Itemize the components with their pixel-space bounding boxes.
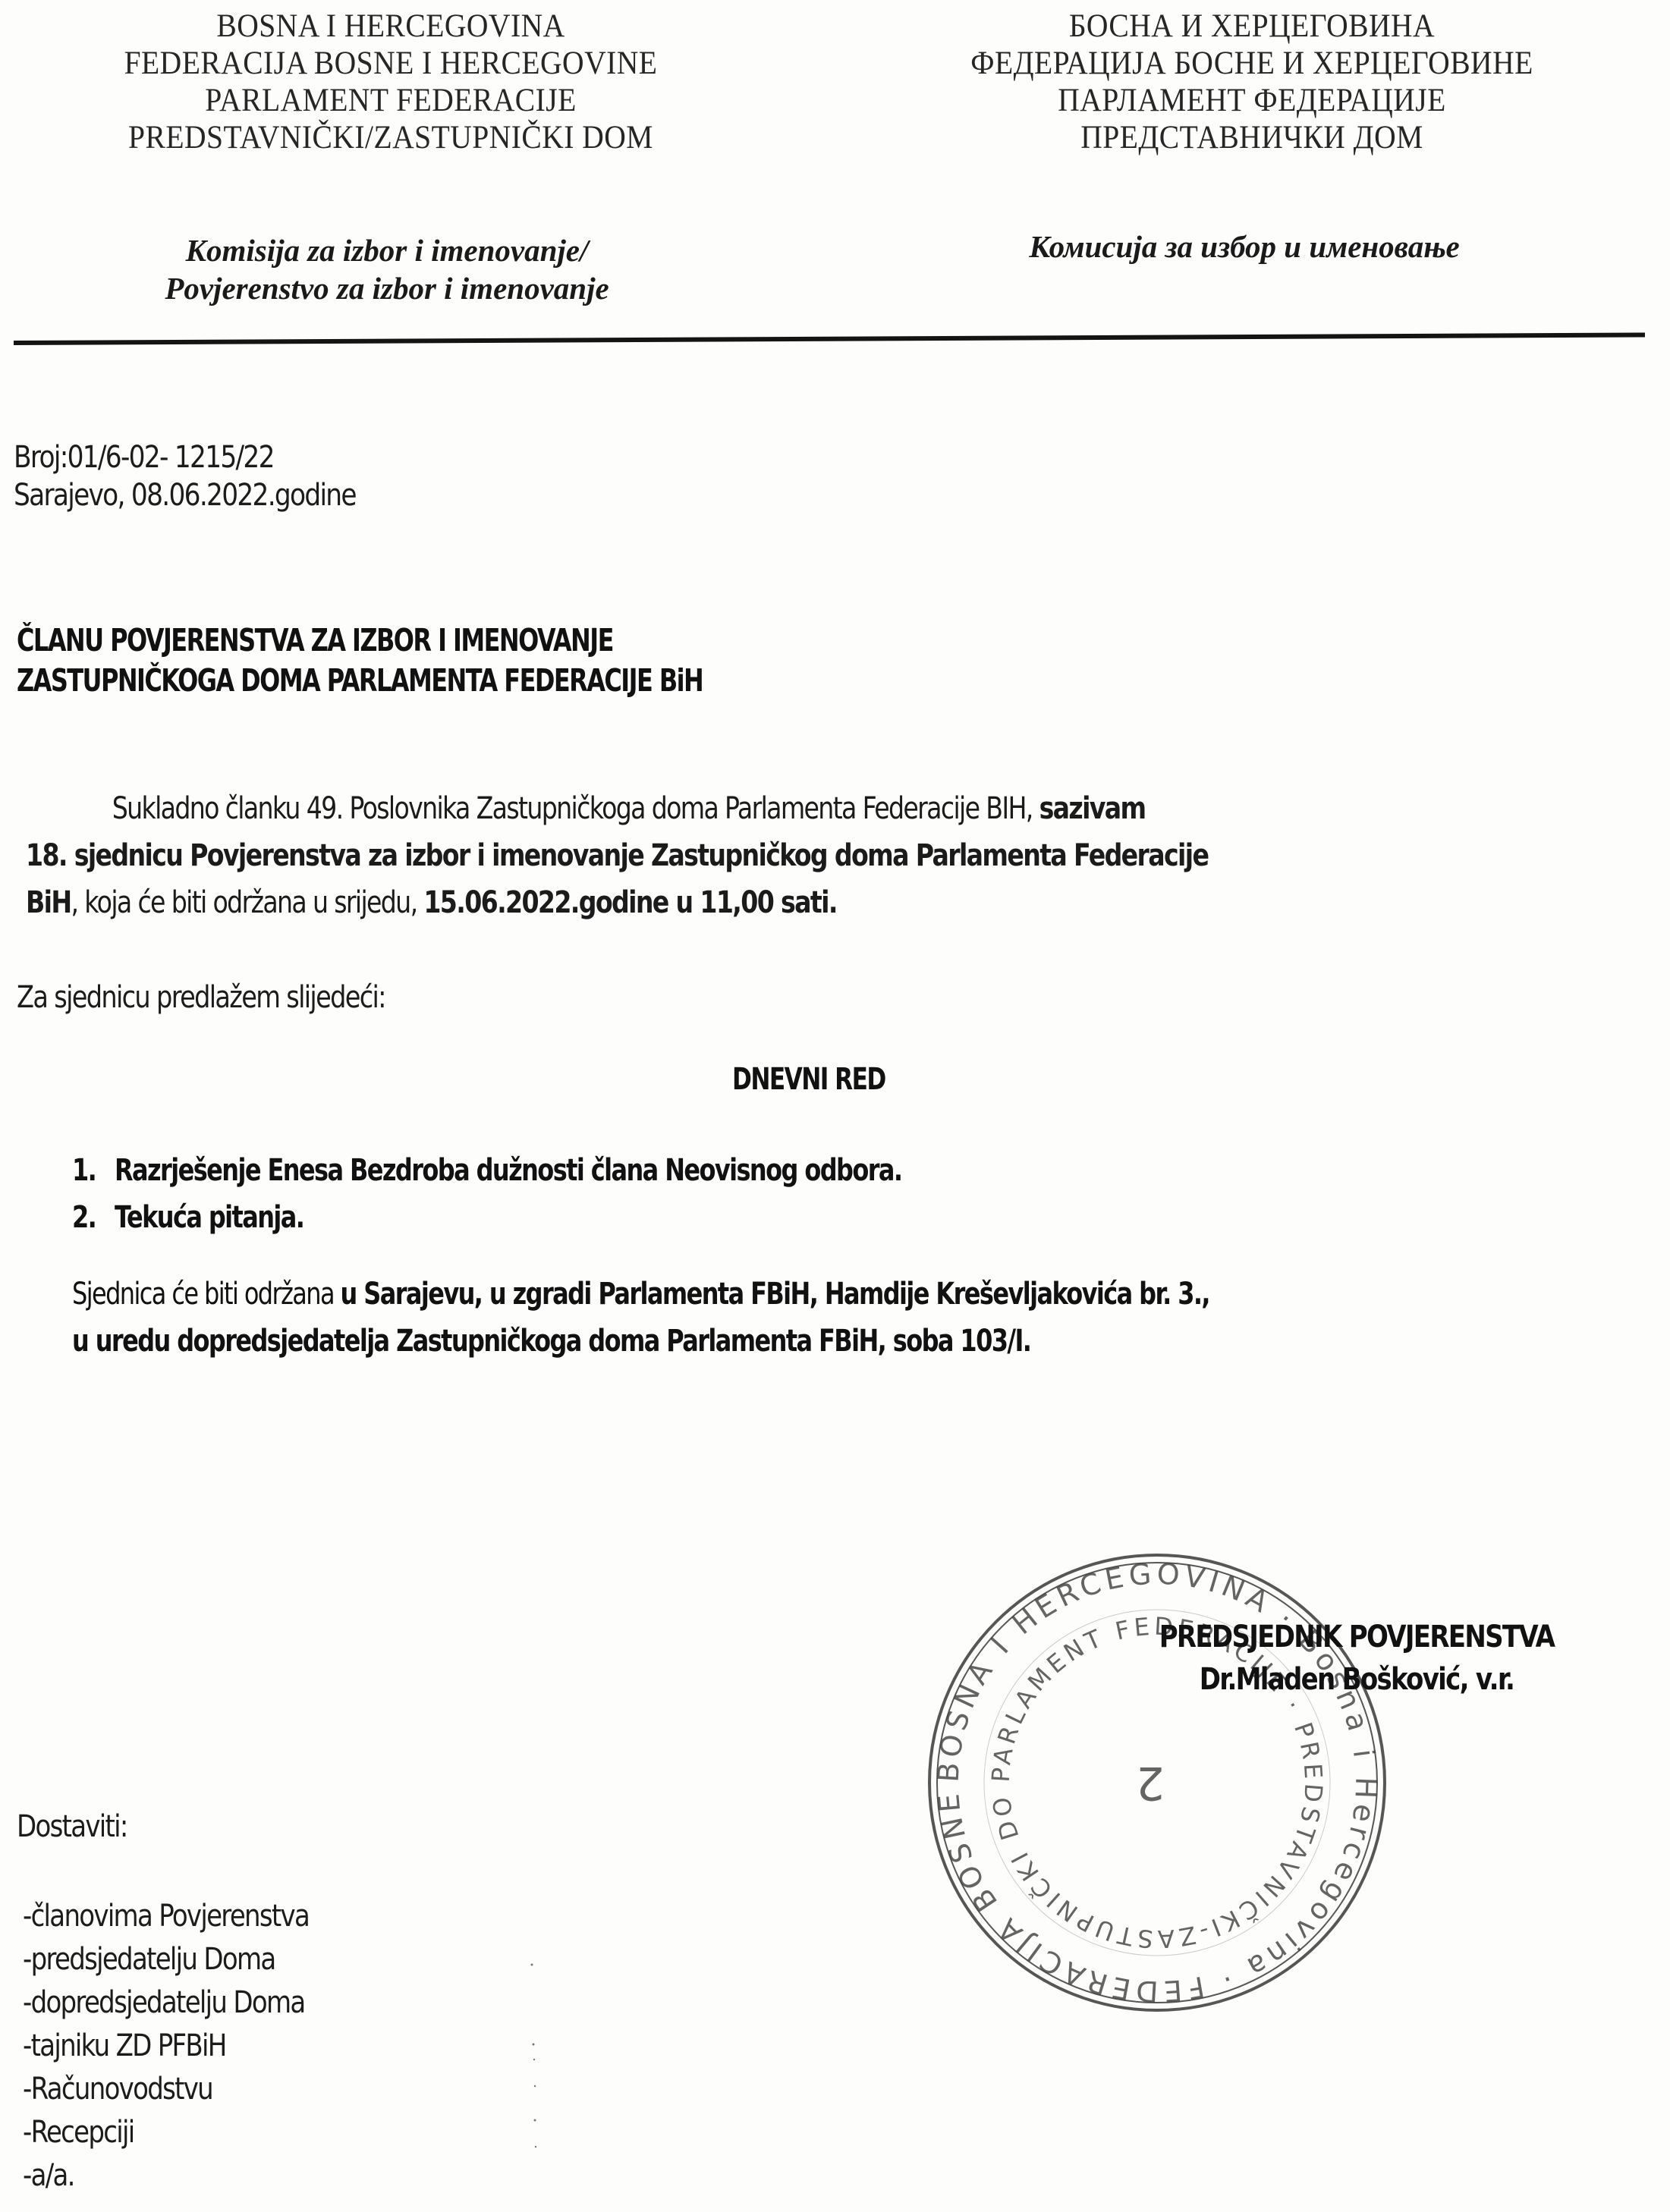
agenda-title: DNEVNI RED: [732, 1062, 885, 1097]
svg-text:2: 2: [1136, 1756, 1165, 1809]
text-run: Sjednica će biti održana: [72, 1277, 341, 1312]
venue-paragraph: Sjednica će biti održana u Sarajevu, u z…: [72, 1271, 1494, 1365]
commission-latin-line: Komisija za izbor i imenovanje/: [23, 231, 751, 269]
signature-name: Dr.Mladen Bošković, v.r.: [1131, 1658, 1583, 1701]
text-run-bold: u Sarajevu, u zgradi Parlamenta FBiH, Ha…: [341, 1277, 1209, 1312]
text-run-bold: sazivam: [1039, 791, 1146, 826]
agenda-item-number: 1.: [72, 1147, 115, 1194]
header-cyrillic-line: ПРЕДСТАВНИЧКИ ДОМ: [903, 119, 1601, 156]
header-cyrillic-line: БОСНА И ХЕРЦЕГОВИНА: [903, 8, 1601, 45]
addressee-line: ČLANU POVJERENSTVA ZA IZBOR I IMENOVANJE: [17, 621, 703, 661]
distribution-item: -Recepciji: [23, 2111, 309, 2154]
signature-block: PREDSJEDNIK POVJERENSTVA Dr.Mladen Boško…: [1131, 1616, 1583, 1701]
commission-cyrillic: Комисија за избор и именовање: [880, 228, 1609, 266]
distribution-item: -tajniku ZD PFBiH: [23, 2025, 309, 2068]
header-latin: BOSNA I HERCEGOVINA FEDERACIJA BOSNE I H…: [46, 8, 737, 156]
addressee-line: ZASTUPNIČKOGA DOMA PARLAMENTA FEDERACIJE…: [17, 661, 703, 701]
agenda-list: 1.Razrješenje Enesa Bezdroba dužnosti čl…: [72, 1147, 1109, 1241]
commission-latin: Komisija za izbor i imenovanje/ Povjeren…: [23, 231, 751, 307]
distribution-list: -članovima Povjerenstva -predsjedatelju …: [23, 1895, 360, 2198]
distribution-item: -predsjedatelju Doma: [23, 1938, 309, 1981]
agenda-item-text: Tekuća pitanja.: [115, 1200, 303, 1235]
agenda-item-number: 2.: [72, 1194, 115, 1241]
document-meta: Broj:01/6-02- 1215/22 Sarajevo, 08.06.20…: [14, 438, 356, 514]
distribution-item: -dopredsjedatelju Doma: [23, 1981, 309, 2025]
text-run: Sukladno članku 49. Poslovnika Zastupnič…: [112, 791, 1039, 826]
distribution-item: -Računovodstvu: [23, 2068, 309, 2111]
header-latin-line: FEDERACIJA BOSNE I HERCEGOVINE: [46, 45, 737, 82]
text-run-bold: 15.06.2022.godine u 11,00 sati.: [423, 885, 836, 920]
header-cyrillic: БОСНА И ХЕРЦЕГОВИНА ФЕДЕРАЦИЈА БОСНЕ И Х…: [903, 8, 1601, 156]
header-latin-line: PARLAMENT FEDERACIJE: [46, 82, 737, 119]
document-number: Broj:01/6-02- 1215/22: [14, 438, 356, 476]
document-place-date: Sarajevo, 08.06.2022.godine: [14, 476, 356, 514]
header-cyrillic-line: ФЕДЕРАЦИЈА БОСНЕ И ХЕРЦЕГОВИНЕ: [903, 45, 1601, 82]
text-run-bold: u uredu dopredsjedatelja Zastupničkoga d…: [72, 1324, 1030, 1359]
distribution-item: -članovima Povjerenstva: [23, 1895, 309, 1938]
signature-title: PREDSJEDNIK POVJERENSTVA: [1131, 1616, 1583, 1658]
addressee: ČLANU POVJERENSTVA ZA IZBOR I IMENOVANJE…: [17, 621, 703, 701]
agenda-item: 2.Tekuća pitanja.: [72, 1194, 901, 1241]
text-run: , koja će biti održana u srijedu,: [71, 885, 424, 920]
header-cyrillic-line: ПАРЛАМЕНТ ФЕДЕРАЦИЈЕ: [903, 82, 1601, 119]
commission-latin-line: Povjerenstvo za izbor i imenovanje: [23, 269, 751, 307]
convocation-paragraph: Sukladno članku 49. Poslovnika Zastupnič…: [26, 785, 1657, 926]
scan-specks: [527, 1953, 543, 2181]
distribution-label: Dostaviti:: [17, 1809, 127, 1844]
agenda-item-text: Razrješenje Enesa Bezdroba dužnosti član…: [115, 1153, 901, 1188]
distribution-item: -a/a.: [23, 2154, 309, 2198]
header-latin-line: PREDSTAVNIČKI/ZASTUPNIČKI DOM: [46, 119, 737, 156]
agenda-item: 1.Razrješenje Enesa Bezdroba dužnosti čl…: [72, 1147, 901, 1194]
text-run-bold: BiH: [26, 885, 71, 920]
propose-text: Za sjednicu predlažem slijedeći:: [17, 980, 385, 1015]
header-divider: [14, 332, 1645, 345]
text-run-bold: 18. sjednicu Povjerenstva za izbor i ime…: [26, 838, 1208, 873]
header-latin-line: BOSNA I HERCEGOVINA: [46, 8, 737, 45]
